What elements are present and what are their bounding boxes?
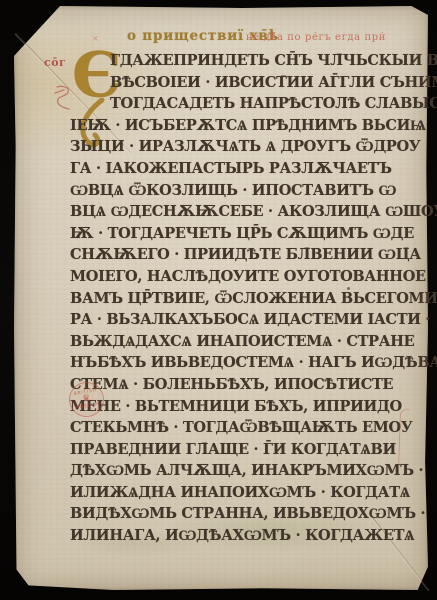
text-line: ИЛИЖѦДНА ИНАПОИХѠМЪ · КОГДАТѦ: [70, 482, 414, 504]
text-line: РА · ВЬЗАЛКАХЪБОСѦ ИДАСТЕМИ ІАСТИ ·: [70, 309, 414, 331]
text-line: ІЕѬ · ИСЪБЕРѪТСѦ ПРѢДНИМЪ ВЬСИѨ: [70, 115, 414, 137]
text-line: СТЕМѦ · БОЛЕНЬБѢХЪ, ИПОСѢТИСТЕ: [70, 374, 414, 396]
text-line: ЗЫЦИ · ИРАЗЛѪЧѦТЬ Ѧ ДРОУГЪ ѾДРОУ: [70, 136, 414, 158]
text-line: ѠВЦѦ ѾКОЗЛИЩЬ · ИПОСТАВИТЪ Ѡ: [70, 180, 414, 202]
ink-speck: [347, 287, 350, 290]
text-line: ВЬЖДѦДАХСѦ ИНАПОИСТЕМѦ · СТРАНЕ: [70, 331, 414, 353]
text-line: ГДАЖЕПРИНДЕТЬ СН̄Ъ ЧЛ̄ЧЬСКЫИ ВЬСЛА: [70, 50, 414, 72]
text-line: МОІЕГО, НАСЛѢДОУИТЕ ОУГОТОВАННОЕ: [70, 266, 414, 288]
text-line: ТОГДАСАДЕТЬ НАПРѢСТОЛѢ СЛАВЫСВО: [70, 93, 414, 115]
text-line: ДѢХѠМЬ АЛЧѪЩА, ИНАКРЪМИХѠМЪ ·: [70, 460, 414, 482]
stamp-text-bottom: MUSEUM: [75, 402, 100, 412]
text-line: ГА · ІАКОЖЕПАСТЫРЬ РАЗЛѪЧАЕТЪ: [70, 158, 414, 180]
text-line: ВѢСВОІЕИ · ИВСИСТ̄ИИ АГ̄ГЛИ СЪНИМЬ ·: [70, 72, 414, 94]
text-line: НЪБѢХЪ ИВЬВЕДОСТЕМѦ · НАГЪ ИѠДѢВА: [70, 352, 414, 374]
text-line: ВАМЪ ЦР̄ТВИІЕ, ѾСЛОЖЕНИА ВЬСЕГОМИ: [70, 288, 414, 310]
manuscript-photo: о приществиї хв̄ѣ не дѣ́а по ре́гъ егда …: [0, 0, 437, 600]
rubric-note-red: не дѣ́а по ре́гъ егда при́: [246, 32, 386, 43]
ink-speck: [110, 472, 112, 474]
text-line: СТЕКЬМНѢ · ТОГДАѾВѢЩАѬТЬ ЕМОУ: [70, 417, 414, 439]
text-line: Ѭ · ТОГДАРЕЧЕТЬ ЦР̄Ь СѪЩИМЪ ѠДЕ: [70, 223, 414, 245]
text-line: ВЦѦ ѠДЕСНѪѬСЕБЕ · АКОЗЛИЩА ѠШОУ: [70, 201, 414, 223]
text-line: ПРАВЕДНИИ ГЛ̄АЩЕ · Г̄И КОГДАТѦВИ: [70, 439, 414, 461]
text-line: ВИДѢХѠМЬ СТРАННА, ИВЬВЕДОХѠМЪ ·: [70, 503, 414, 525]
red-offset-mark: [398, 409, 410, 466]
text-line: СНѪѬЕГО · ПРИИДѢТЕ БЛ̄ВЕНИИ ѠЦ̄А: [70, 244, 414, 266]
margin-note: со̄г: [44, 56, 66, 69]
manuscript-text-block: ГДАЖЕПРИНДЕТЬ СН̄Ъ ЧЛ̄ЧЬСКЫИ ВЬСЛА ВѢСВО…: [70, 50, 414, 547]
text-line: ИЛИНАГА, ИѠДѢАХѠМЪ · КОГДАЖЕТѦ: [70, 525, 414, 547]
text-line: МЕНЕ · ВЬТЕМНИЦИ БѢХЪ, ИПРИИДО: [70, 396, 414, 418]
